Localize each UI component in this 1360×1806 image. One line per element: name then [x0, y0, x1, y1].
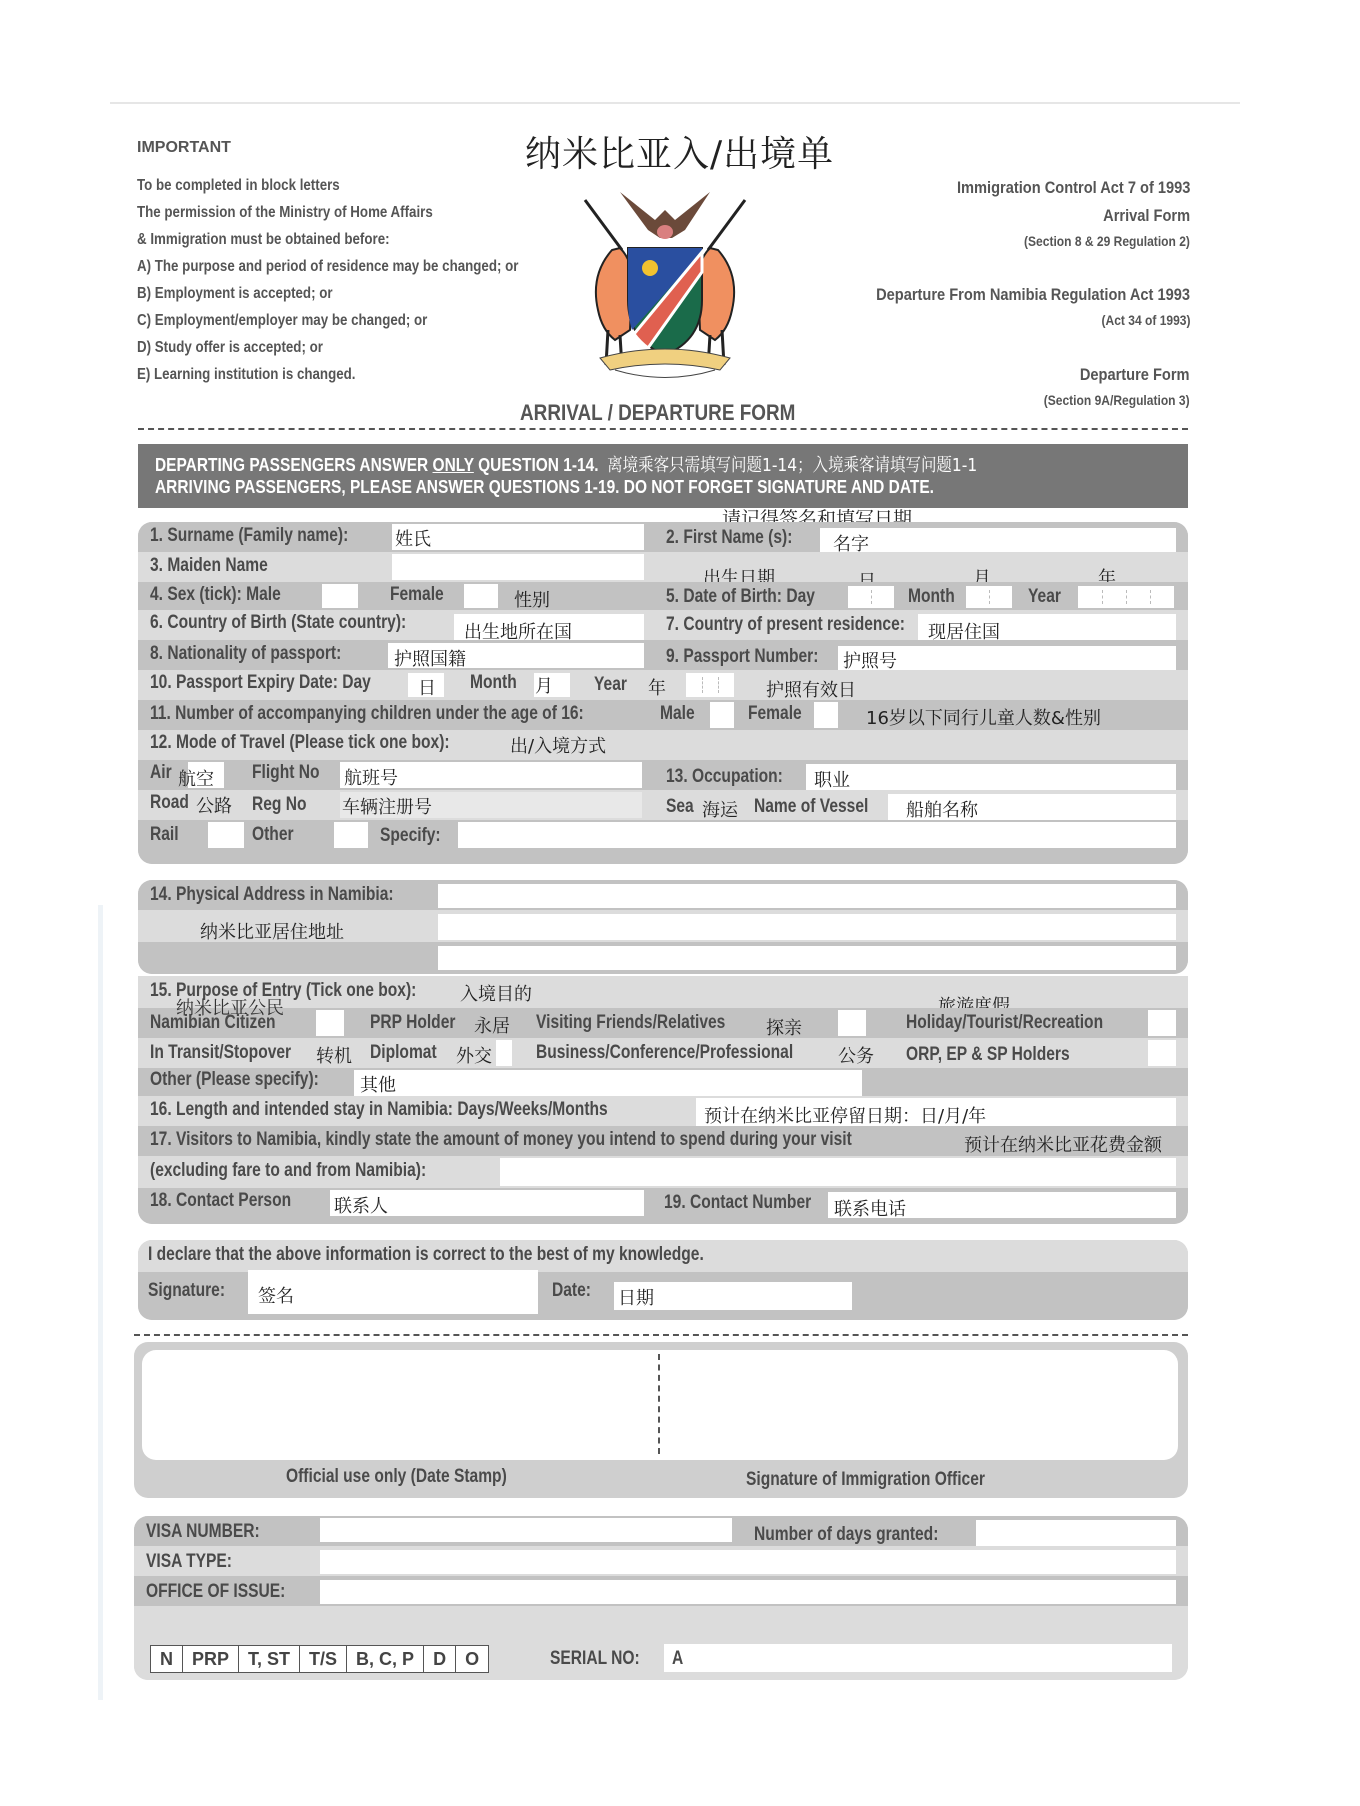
country-of-birth-label: 6. Country of Birth (State country):	[150, 612, 406, 634]
sex-label: 4. Sex (tick): Male	[150, 584, 281, 606]
prp-holder-label: PRP Holder	[370, 1012, 455, 1034]
occupation-hint: 职业	[814, 766, 850, 792]
children-hint-cn: 16岁以下同行儿童人数&性别	[866, 704, 1101, 730]
personal-details-panel: 1. Surname (Family name): 姓氏 2. First Na…	[138, 522, 1188, 864]
surname-label: 1. Surname (Family name):	[150, 525, 348, 547]
important-line: To be completed in block letters	[137, 172, 518, 199]
vessel-hint: 船舶名称	[906, 796, 978, 822]
visiting-label: Visiting Friends/Relatives	[536, 1012, 725, 1034]
important-line: C) Employment/employer may be changed; o…	[137, 307, 518, 334]
money-label: 17. Visitors to Namibia, kindly state th…	[150, 1129, 852, 1151]
diplomat-checkbox[interactable]	[496, 1040, 512, 1066]
dob-year-label: Year	[1028, 586, 1061, 608]
sex-hint-cn: 性别	[514, 586, 550, 612]
date-label: Date:	[552, 1280, 591, 1302]
road-checkbox[interactable]	[196, 792, 232, 818]
banner-line-1: DEPARTING PASSENGERS ANSWER ONLY QUESTIO…	[155, 451, 977, 477]
reg-no-label: Reg No	[252, 794, 307, 816]
arrival-form-ref: Arrival Form	[1089, 206, 1190, 226]
flight-no-label: Flight No	[252, 762, 319, 784]
transit-label: In Transit/Stopover	[150, 1042, 291, 1064]
dob-year-input[interactable]	[1078, 586, 1174, 608]
address-panel: 14. Physical Address in Namibia: 纳米比亚居住地…	[138, 880, 1188, 974]
nationality-hint: 护照国籍	[394, 645, 466, 671]
visit-details-panel: 15. Purpose of Entry (Tick one box): 入境目…	[138, 976, 1188, 1224]
holiday-label: Holiday/Tourist/Recreation	[906, 1012, 1103, 1034]
vessel-label: Name of Vessel	[754, 796, 868, 818]
serial-no-label: SERIAL NO:	[550, 1648, 640, 1670]
other-travel-label: Other	[252, 824, 294, 846]
money-label-2: (excluding fare to and from Namibia):	[150, 1160, 426, 1182]
important-line: D) Study offer is accepted; or	[137, 334, 518, 361]
signature-hint: 签名	[258, 1282, 294, 1308]
days-granted-label: Number of days granted:	[754, 1524, 938, 1546]
visa-category-codes: N PRP T, ST T/S B, C, P D O	[150, 1645, 489, 1673]
contact-number-hint: 联系电话	[834, 1195, 906, 1221]
departure-act-ref: Departure From Namibia Regulation Act 19…	[825, 285, 1190, 305]
important-line: A) The purpose and period of residence m…	[137, 253, 518, 280]
reg-no-hint: 车辆注册号	[342, 793, 432, 819]
form-title: ARRIVAL / DEPARTURE FORM	[520, 400, 795, 426]
specify-input[interactable]	[458, 822, 1176, 848]
banner-line-2: ARRIVING PASSENGERS, PLEASE ANSWER QUEST…	[155, 477, 934, 498]
officer-signature-label: Signature of Immigration Officer	[746, 1469, 985, 1491]
banner-chinese: 离境乘客只需填写问题1-14；入境乘客请填写问题1-1	[607, 455, 977, 476]
expiry-day-cn: 日	[418, 674, 436, 700]
children-female-input[interactable]	[814, 702, 838, 728]
immigration-act-ref: Immigration Control Act 7 of 1993	[919, 178, 1190, 198]
flight-no-hint: 航班号	[344, 764, 398, 790]
diplomat-label: Diplomat	[370, 1042, 437, 1064]
children-male-input[interactable]	[710, 702, 734, 728]
other-purpose-cn: 其他	[360, 1071, 396, 1097]
orp-checkbox[interactable]	[1148, 1040, 1176, 1066]
prp-cn: 永居	[474, 1012, 510, 1038]
important-line: E) Learning institution is changed.	[137, 361, 518, 388]
expiry-month-cn: 月	[535, 672, 553, 698]
stamp-divider	[658, 1354, 660, 1454]
important-heading: IMPORTANT	[137, 139, 231, 157]
female-label: Female	[390, 584, 444, 606]
money-input[interactable]	[500, 1158, 1176, 1186]
date-stamp-label: Official use only (Date Stamp)	[286, 1466, 507, 1488]
address-line-3[interactable]	[438, 946, 1176, 970]
first-name-label: 2. First Name (s):	[666, 527, 792, 549]
only-emphasis: ONLY	[433, 455, 474, 475]
official-use-panel: Official use only (Date Stamp) Signature…	[134, 1342, 1188, 1498]
expiry-year-cn: 年	[648, 674, 666, 700]
air-cn: 航空	[178, 765, 214, 791]
office-of-issue-label: OFFICE OF ISSUE:	[146, 1581, 285, 1603]
expiry-year-label: Year	[594, 674, 627, 696]
visa-type-label: VISA TYPE:	[146, 1551, 232, 1573]
visa-number-input[interactable]	[320, 1518, 732, 1542]
important-line: B) Employment is accepted; or	[137, 280, 518, 307]
transit-cn: 转机	[316, 1042, 352, 1068]
passport-number-label: 9. Passport Number:	[666, 646, 818, 668]
visa-number-label: VISA NUMBER:	[146, 1521, 260, 1543]
residence-country-label: 7. Country of present residence:	[666, 614, 905, 636]
expiry-month-label: Month	[470, 672, 517, 694]
occupation-input[interactable]	[806, 764, 1176, 790]
departure-form-ref: Departure Form	[1062, 365, 1190, 385]
other-travel-checkbox[interactable]	[334, 822, 368, 848]
important-line: & Immigration must be obtained before:	[137, 226, 518, 253]
code-t-s[interactable]: T/S	[300, 1646, 347, 1672]
namibia-coat-of-arms-icon	[560, 180, 770, 390]
passport-expiry-label: 10. Passport Expiry Date: Day	[150, 672, 371, 694]
contact-person-label: 18. Contact Person	[150, 1190, 291, 1212]
declaration-panel: I declare that the above information is …	[138, 1240, 1188, 1320]
namibian-citizen-checkbox[interactable]	[316, 1010, 344, 1036]
orp-label: ORP, EP & SP Holders	[906, 1044, 1070, 1066]
money-cn: 预计在纳米比亚花费金额	[964, 1131, 1162, 1157]
code-o[interactable]: O	[456, 1646, 488, 1672]
dob-day-input[interactable]	[848, 586, 894, 608]
mode-of-travel-label: 12. Mode of Travel (Please tick one box)…	[150, 732, 450, 754]
rail-checkbox[interactable]	[208, 822, 244, 848]
holiday-checkbox[interactable]	[1148, 1010, 1176, 1036]
arrival-departure-form: IMPORTANT To be completed in block lette…	[0, 0, 1360, 1806]
mode-of-travel-cn: 出/入境方式	[510, 732, 606, 758]
important-notes: To be completed in block letters The per…	[137, 172, 581, 388]
code-t-st[interactable]: T, ST	[239, 1646, 300, 1672]
purpose-cn: 入境目的	[460, 980, 532, 1006]
visiting-cn: 探亲	[766, 1014, 802, 1040]
serial-no-value: A	[672, 1648, 683, 1670]
dob-label: 5. Date of Birth: Day	[666, 586, 815, 608]
instructions-banner: DEPARTING PASSENGERS ANSWER ONLY QUESTIO…	[138, 444, 1188, 508]
occupation-label: 13. Occupation:	[666, 766, 783, 788]
first-name-input[interactable]	[820, 528, 1176, 552]
date-hint: 日期	[618, 1284, 654, 1310]
office-of-issue-input[interactable]	[320, 1580, 1176, 1604]
air-label: Air	[150, 762, 172, 784]
business-cn: 公务	[838, 1042, 874, 1068]
address-hint-cn: 纳米比亚居住地址	[200, 918, 344, 944]
top-border-line	[110, 102, 1240, 104]
signature-label: Signature:	[148, 1280, 225, 1302]
official-stamp-area	[142, 1350, 1178, 1460]
specify-label: Specify:	[380, 825, 441, 847]
children-male-label: Male	[660, 703, 695, 725]
arrival-section-ref: (Section 8 & 29 Regulation 2)	[997, 233, 1190, 249]
address-label: 14. Physical Address in Namibia:	[150, 884, 394, 906]
other-purpose-input[interactable]	[354, 1070, 862, 1096]
children-label: 11. Number of accompanying children unde…	[150, 703, 584, 725]
address-line-1[interactable]	[438, 884, 1176, 908]
male-checkbox[interactable]	[322, 584, 358, 608]
length-of-stay-cn: 预计在纳米比亚停留日期：日/月/年	[704, 1102, 986, 1128]
dashed-divider-official	[134, 1334, 1188, 1336]
business-label: Business/Conference/Professional	[536, 1042, 793, 1064]
children-female-label: Female	[748, 703, 802, 725]
maiden-name-input[interactable]	[392, 554, 644, 580]
expiry-year-input[interactable]	[686, 673, 734, 697]
code-n[interactable]: N	[151, 1646, 183, 1672]
departure-section-ref: (Section 9A/Regulation 3)	[1020, 392, 1190, 408]
maiden-name-label: 3. Maiden Name	[150, 555, 268, 577]
other-purpose-label: Other (Please specify):	[150, 1069, 319, 1091]
rail-label: Rail	[150, 824, 179, 846]
dob-month-label: Month	[908, 586, 955, 608]
sea-checkbox[interactable]	[702, 794, 738, 820]
dashed-divider	[138, 428, 1188, 430]
female-checkbox[interactable]	[464, 584, 498, 608]
declaration-text: I declare that the above information is …	[148, 1244, 704, 1266]
scan-edge-shadow	[98, 905, 103, 1700]
visiting-checkbox[interactable]	[838, 1010, 866, 1036]
address-line-2[interactable]	[438, 914, 1176, 940]
nationality-label: 8. Nationality of passport:	[150, 643, 341, 665]
surname-hint: 姓氏	[395, 525, 431, 551]
dob-month-input[interactable]	[966, 586, 1012, 608]
code-prp[interactable]: PRP	[183, 1646, 239, 1672]
important-line: The permission of the Ministry of Home A…	[137, 199, 518, 226]
visa-type-input[interactable]	[320, 1550, 1176, 1574]
road-label: Road	[150, 792, 189, 814]
passport-expiry-hint-cn: 护照有效日	[766, 676, 856, 702]
contact-person-hint: 联系人	[334, 1192, 388, 1218]
days-granted-input[interactable]	[976, 1520, 1176, 1546]
code-b-c-p[interactable]: B, C, P	[347, 1646, 424, 1672]
contact-number-label: 19. Contact Number	[664, 1192, 811, 1214]
sea-label: Sea	[666, 796, 694, 818]
diplomat-cn: 外交	[456, 1042, 492, 1068]
code-d[interactable]: D	[424, 1646, 456, 1672]
namibian-citizen-label: Namibian Citizen	[150, 1012, 276, 1034]
serial-no-input[interactable]	[664, 1644, 1172, 1672]
chinese-title: 纳米比亚入/出境单	[525, 126, 834, 177]
departure-act-number: (Act 34 of 1993)	[1087, 312, 1190, 328]
length-of-stay-label: 16. Length and intended stay in Namibia:…	[150, 1099, 608, 1121]
